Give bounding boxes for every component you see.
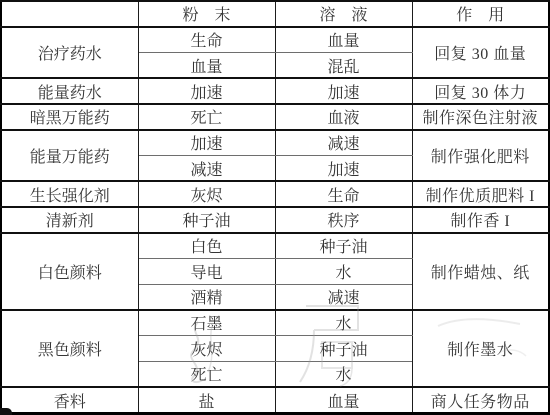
solution-cell: 减速 <box>275 284 412 310</box>
header-empty-cell <box>1 1 138 27</box>
powder-cell: 加速 <box>138 130 275 156</box>
product-name-cell: 生长强化剂 <box>1 181 138 207</box>
table-header-row: 粉 末 溶 液 作 用 <box>1 1 549 27</box>
table-row: 生长强化剂 灰烬 生命 制作优质肥料 I <box>1 181 549 207</box>
solution-cell: 血量 <box>275 387 412 413</box>
solution-cell: 血液 <box>275 104 412 130</box>
solution-cell: 水 <box>275 258 412 284</box>
solution-cell: 加速 <box>275 78 412 104</box>
solution-cell: 水 <box>275 361 412 387</box>
powder-cell: 白色 <box>138 233 275 259</box>
solution-cell: 生命 <box>275 181 412 207</box>
header-solution-cell: 溶 液 <box>275 1 412 27</box>
effect-cell: 制作深色注射液 <box>412 104 549 130</box>
effect-cell: 制作蜡烛、纸 <box>412 233 549 310</box>
powder-cell: 导电 <box>138 258 275 284</box>
solution-cell: 加速 <box>275 155 412 181</box>
powder-cell: 血量 <box>138 52 275 78</box>
table-row: 黑色颜料 石墨 水 制作墨水 <box>1 310 549 336</box>
effect-cell: 制作优质肥料 I <box>412 181 549 207</box>
product-name-cell: 能量万能药 <box>1 130 138 181</box>
header-powder-cell: 粉 末 <box>138 1 275 27</box>
solution-cell: 减速 <box>275 130 412 156</box>
product-name-cell: 黑色颜料 <box>1 310 138 387</box>
table-row: 清新剂 种子油 秩序 制作香 I <box>1 207 549 233</box>
table-row: 治疗药水 生命 血量 回复 30 血量 <box>1 27 549 53</box>
effect-cell: 回复 30 血量 <box>412 27 549 78</box>
powder-cell: 死亡 <box>138 104 275 130</box>
effect-cell: 制作香 I <box>412 207 549 233</box>
powder-cell: 盐 <box>138 387 275 413</box>
powder-cell: 灰烬 <box>138 336 275 362</box>
powder-cell: 加速 <box>138 78 275 104</box>
effect-cell: 商人任务物品 <box>412 387 549 413</box>
powder-cell: 死亡 <box>138 361 275 387</box>
solution-cell: 种子油 <box>275 233 412 259</box>
product-name-cell: 能量药水 <box>1 78 138 104</box>
powder-cell: 灰烬 <box>138 181 275 207</box>
recipe-table: 粉 末 溶 液 作 用 治疗药水 生命 血量 回复 30 血量 血量 混乱 能量… <box>0 0 550 415</box>
effect-cell: 回复 30 体力 <box>412 78 549 104</box>
product-name-cell: 清新剂 <box>1 207 138 233</box>
table-row: 能量万能药 加速 减速 制作强化肥料 <box>1 130 549 156</box>
powder-cell: 生命 <box>138 27 275 53</box>
product-name-cell: 香料 <box>1 387 138 413</box>
solution-cell: 血量 <box>275 27 412 53</box>
effect-cell: 制作墨水 <box>412 310 549 387</box>
effect-cell: 制作强化肥料 <box>412 130 549 181</box>
solution-cell: 混乱 <box>275 52 412 78</box>
table-row: 白色颜料 白色 种子油 制作蜡烛、纸 <box>1 233 549 259</box>
table-row: 能量药水 加速 加速 回复 30 体力 <box>1 78 549 104</box>
scanned-table-page: 粉 末 溶 液 作 用 治疗药水 生命 血量 回复 30 血量 血量 混乱 能量… <box>0 0 550 415</box>
product-name-cell: 治疗药水 <box>1 27 138 78</box>
product-name-cell: 白色颜料 <box>1 233 138 310</box>
solution-cell: 种子油 <box>275 336 412 362</box>
product-name-cell: 暗黑万能药 <box>1 104 138 130</box>
powder-cell: 种子油 <box>138 207 275 233</box>
table-row: 暗黑万能药 死亡 血液 制作深色注射液 <box>1 104 549 130</box>
solution-cell: 秩序 <box>275 207 412 233</box>
solution-cell: 水 <box>275 310 412 336</box>
header-effect-cell: 作 用 <box>412 1 549 27</box>
powder-cell: 酒精 <box>138 284 275 310</box>
powder-cell: 石墨 <box>138 310 275 336</box>
powder-cell: 减速 <box>138 155 275 181</box>
table-row: 香料 盐 血量 商人任务物品 <box>1 387 549 413</box>
